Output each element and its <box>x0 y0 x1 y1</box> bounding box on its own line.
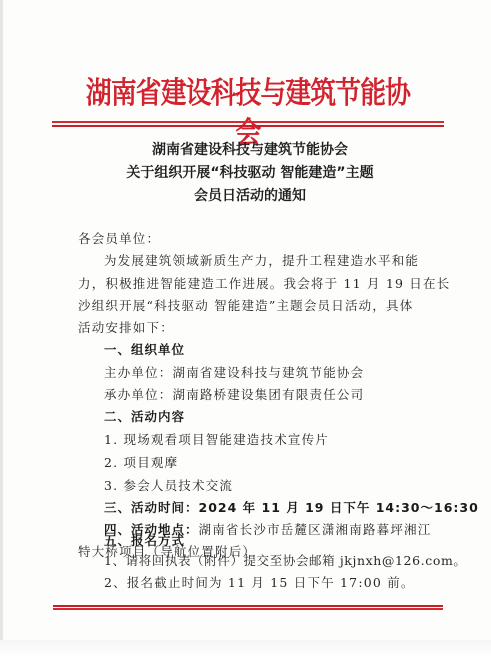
salutation: 各会员单位： <box>78 230 160 248</box>
page-edge <box>0 0 3 658</box>
registration-item-deadline: 2、报名截止时间为 11 月 15 日下午 17:00 前。 <box>104 574 415 592</box>
section-heading-time: 三、活动时间： <box>104 500 199 515</box>
intro-paragraph-line: 力，积极推进智能建造工作进展。我会将于 11 月 19 日在长 <box>78 275 450 293</box>
document-title-line-3: 会员日活动的通知 <box>60 185 440 207</box>
document-page: 湖南省建设科技与建筑节能协会 湖南省建设科技与建筑节能协会 关于组织开展“科技驱… <box>0 0 491 658</box>
section-heading-registration: 五、报名方式 <box>104 532 185 550</box>
intro-paragraph-line: 沙组织开展“科技驱动 智能建造”主题会员日活动，具体 <box>78 297 413 315</box>
red-rule-thick <box>53 608 443 610</box>
intro-paragraph-line: 活动安排如下： <box>78 319 174 337</box>
event-location: 湖南省长沙市岳麓区潇湘南路暮坪湘江 <box>199 522 432 537</box>
content-item: 2. 项目观摩 <box>104 454 178 472</box>
footer-red-rule <box>53 605 443 611</box>
section-time: 三、活动时间：2024 年 11 月 19 日下午 14:30～16:30 <box>104 499 479 517</box>
event-time: 2024 年 11 月 19 日下午 14:30～16:30 <box>199 500 479 515</box>
section-heading-content: 二、活动内容 <box>104 408 185 426</box>
document-title-line-1: 湖南省建设科技与建筑节能协会 <box>60 139 440 161</box>
intro-paragraph-line: 为发展建筑领域新质生产力，提升工程建造水平和能 <box>104 252 419 270</box>
section-heading-organizers: 一、组织单位 <box>104 341 185 359</box>
red-rule-thin <box>52 125 444 127</box>
red-rule-thin <box>53 605 443 607</box>
registration-item-email: 1、请将回执表（附件）提交至协会邮箱 jkjnxh@126.com。 <box>104 552 467 570</box>
content-item: 1. 现场观看项目智能建造技术宣传片 <box>104 431 329 449</box>
masthead-red-rule <box>52 121 444 127</box>
host-unit: 主办单位：湖南省建设科技与建筑节能协会 <box>104 364 364 382</box>
red-rule-thick <box>52 121 444 123</box>
content-item: 3. 参会人员技术交流 <box>104 477 233 495</box>
document-title-line-2: 关于组织开展“科技驱动 智能建造”主题 <box>60 162 440 184</box>
page-bottom-edge <box>0 640 491 658</box>
organizer-unit: 承办单位：湖南路桥建设集团有限责任公司 <box>104 386 364 404</box>
